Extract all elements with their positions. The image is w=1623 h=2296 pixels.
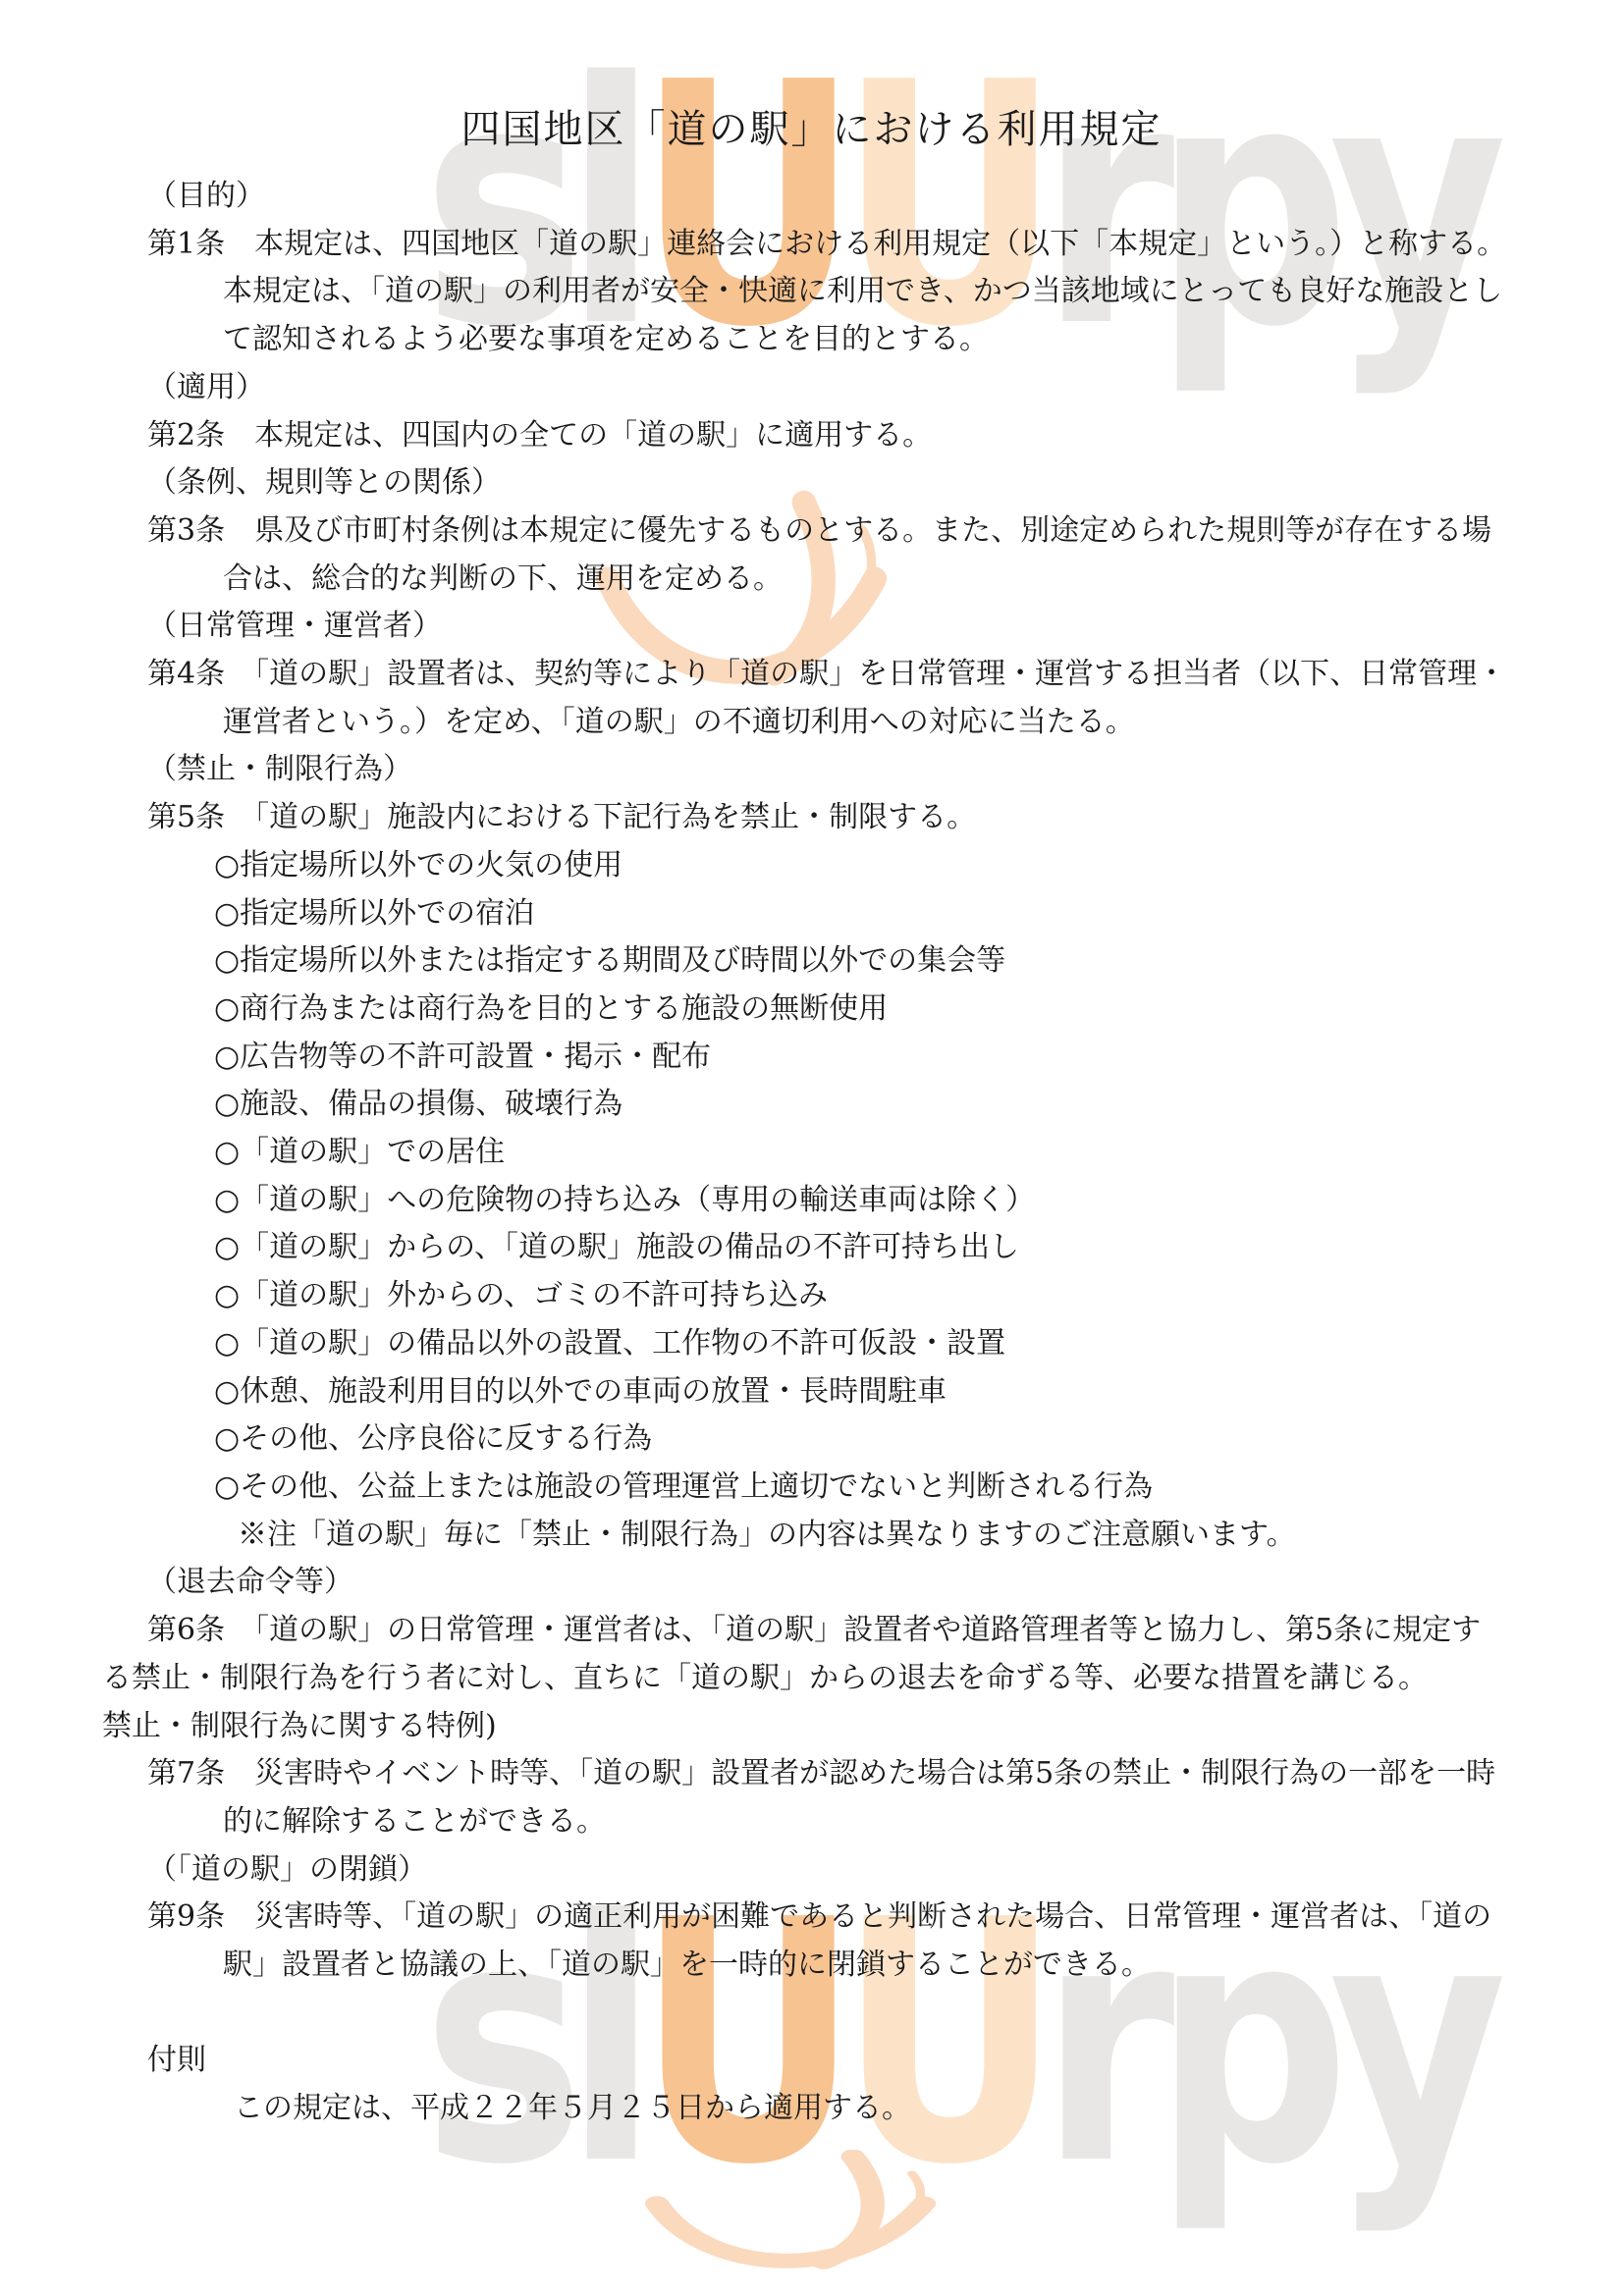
- text-line: る禁止・制限行為を行う者に対し、直ちに「道の駅」からの退去を命ずる等、必要な措置…: [102, 1655, 1623, 1703]
- text-line: この規定は、平成２２年５月２５日から適用する。: [234, 2085, 1623, 2133]
- text-line: 第9条 災害時等、「道の駅」の適正利用が困難であると判断された場合、日常管理・運…: [147, 1894, 1623, 1942]
- document-body: （目的）第1条 本規定は、四国地区「道の駅」連絡会における利用規定（以下「本規定…: [0, 173, 1623, 2133]
- text-line: ○「道の駅」からの、「道の駅」施設の備品の不許可持ち出し: [214, 1224, 1623, 1272]
- tongue-swoosh-icon: [643, 2150, 938, 2296]
- text-line: ※注「道の駅」毎に「禁止・制限行為」の内容は異なりますのご注意願います。: [238, 1512, 1623, 1560]
- text-line: 第4条 「道の駅」設置者は、契約等により「道の駅」を日常管理・運営する担当者（以…: [147, 651, 1623, 699]
- text-line: （日常管理・運営者）: [147, 603, 1623, 651]
- text-line: 第6条 「道の駅」の日常管理・運営者は、「道の駅」設置者や道路管理者等と協力し、…: [147, 1607, 1623, 1655]
- text-line: 本規定は、「道の駅」の利用者が安全・快適に利用でき、かつ当該地域にとっても良好な…: [223, 268, 1623, 316]
- text-line: 的に解除することができる。: [223, 1798, 1623, 1846]
- text-line: 第1条 本規定は、四国地区「道の駅」連絡会における利用規定（以下「本規定」という…: [147, 221, 1623, 269]
- text-line: 付則: [147, 2037, 1623, 2085]
- text-line: 運営者という。）を定め、「道の駅」の不適切利用への対応に当たる。: [223, 699, 1623, 747]
- document-page: slUUrpy slUUrpy 四国地区「道の駅」における利用規定 （目的）第1…: [0, 0, 1623, 2296]
- text-line: 禁止・制限行為に関する特例): [102, 1703, 1623, 1751]
- text-line: （禁止・制限行為）: [147, 746, 1623, 794]
- text-line: ○「道の駅」での居住: [214, 1129, 1623, 1177]
- text-line: ○指定場所以外または指定する期間及び時間以外での集会等: [214, 937, 1623, 986]
- text-line: （目的）: [147, 173, 1623, 221]
- text-line: ○「道の駅」への危険物の持ち込み（専用の輸送車両は除く）: [214, 1177, 1623, 1225]
- text-line: ○「道の駅」の備品以外の設置、工作物の不許可仮設・設置: [214, 1320, 1623, 1368]
- text-line: [0, 1990, 1623, 2038]
- text-line: （退去命令等）: [147, 1559, 1623, 1607]
- text-line: 第3条 県及び市町村条例は本規定に優先するものとする。また、別途定められた規則等…: [147, 507, 1623, 556]
- text-line: （適用）: [147, 364, 1623, 412]
- text-line: ○広告物等の不許可設置・掲示・配布: [214, 1034, 1623, 1082]
- text-line: ○「道の駅」外からの、ゴミの不許可持ち込み: [214, 1272, 1623, 1320]
- text-line: ○指定場所以外での火気の使用: [214, 842, 1623, 890]
- page-title: 四国地区「道の駅」における利用規定: [0, 98, 1623, 154]
- text-line: ○施設、備品の損傷、破壊行為: [214, 1081, 1623, 1129]
- text-line: 第7条 災害時やイベント時等、「道の駅」設置者が認めた場合は第5条の禁止・制限行…: [147, 1750, 1623, 1798]
- text-line: （条例、規則等との関係）: [147, 459, 1623, 507]
- text-line: 第2条 本規定は、四国内の全ての「道の駅」に適用する。: [147, 412, 1623, 460]
- text-line: （「道の駅」の閉鎖）: [147, 1846, 1623, 1895]
- text-line: 駅」設置者と協議の上、「道の駅」を一時的に閉鎖することができる。: [223, 1942, 1623, 1990]
- text-line: ○休憩、施設利用目的以外での車両の放置・長時間駐車: [214, 1368, 1623, 1416]
- text-line: 第5条 「道の駅」施設内における下記行為を禁止・制限する。: [147, 794, 1623, 842]
- text-line: ○その他、公序良俗に反する行為: [214, 1415, 1623, 1464]
- text-line: ○商行為または商行為を目的とする施設の無断使用: [214, 986, 1623, 1034]
- text-line: 合は、総合的な判断の下、運用を定める。: [223, 556, 1623, 604]
- text-line: ○指定場所以外での宿泊: [214, 890, 1623, 938]
- text-line: ○その他、公益上または施設の管理運営上適切でないと判断される行為: [214, 1464, 1623, 1512]
- text-line: て認知されるよう必要な事項を定めることを目的とする。: [223, 316, 1623, 364]
